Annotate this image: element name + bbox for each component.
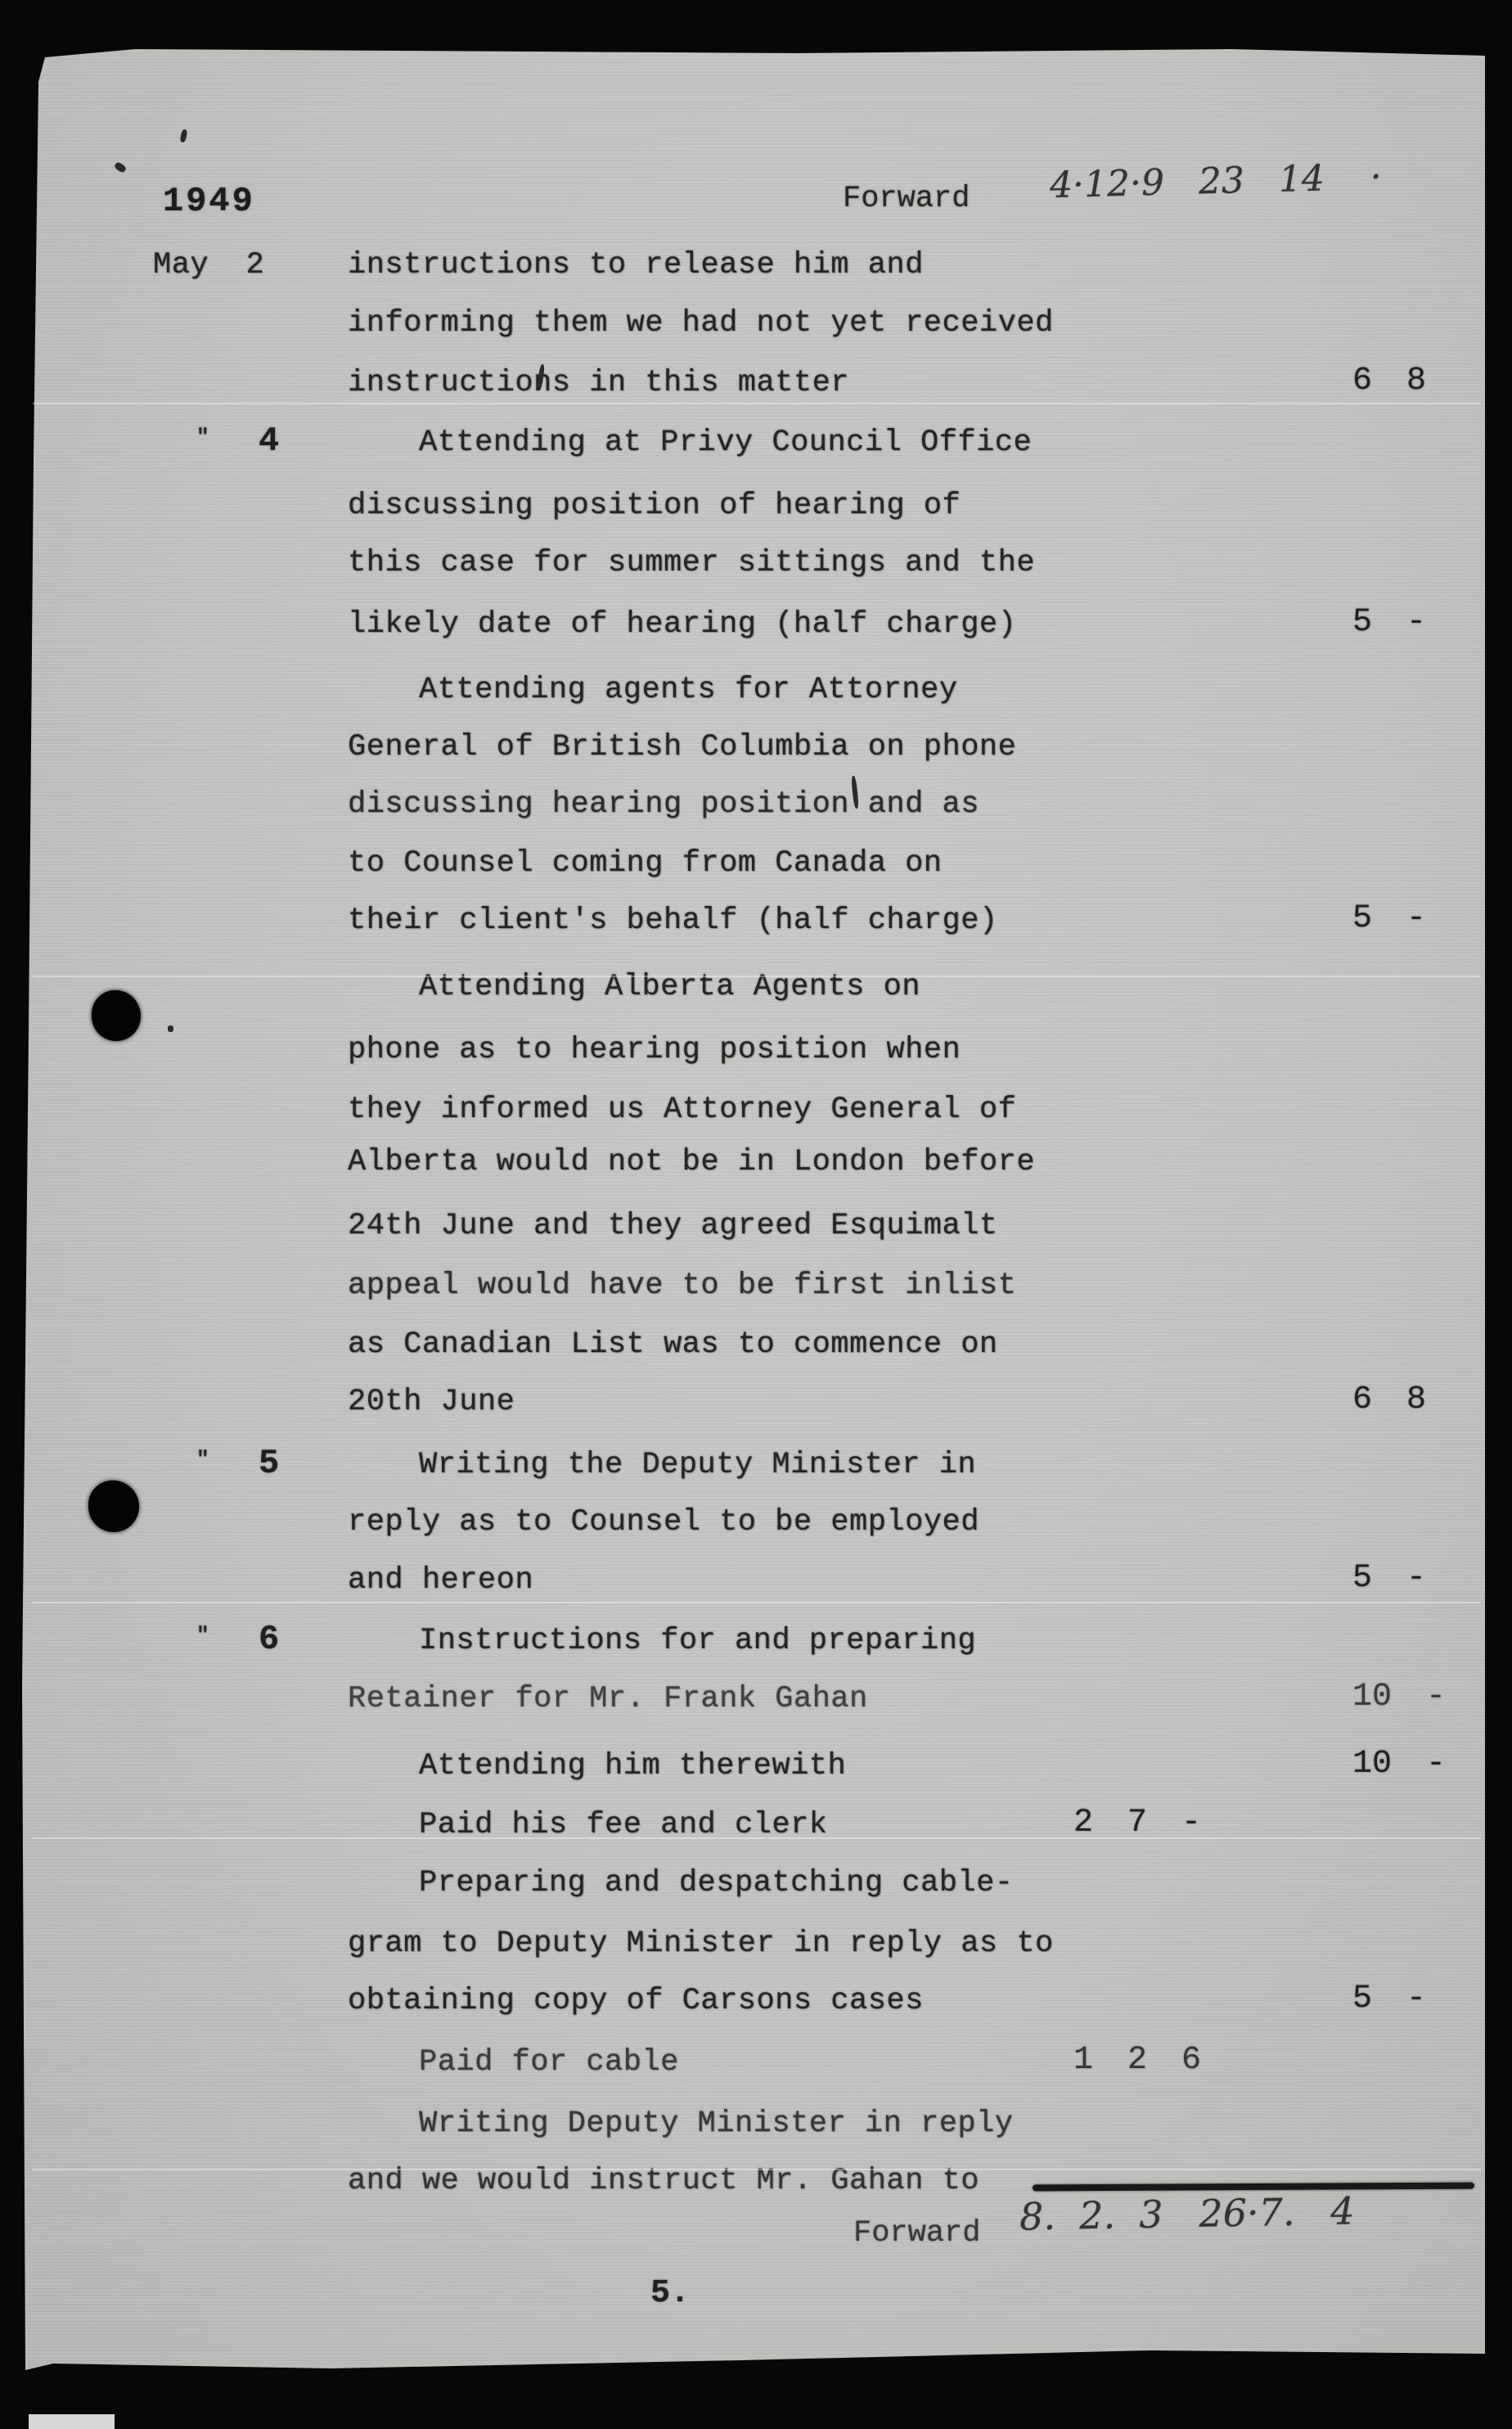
- punch-hole: [88, 1480, 139, 1532]
- scanned-ledger-page: 1949 Forward 4·12·9 23 14 · May 2instruc…: [0, 0, 1512, 2429]
- entry-text: gram to Deputy Minister in reply as to: [348, 1929, 1054, 1959]
- entry-item-number: 5: [259, 1446, 279, 1480]
- page-number: 5.: [650, 2275, 690, 2312]
- forward-top-label: Forward: [843, 182, 970, 216]
- entry-text: appeal would have to be first inlist: [348, 1271, 1016, 1301]
- entry-text: Paid for cable: [419, 2048, 679, 2078]
- entry-text: General of British Columbia on phone: [348, 732, 1016, 763]
- entry-text: they informed us Attorney General of: [348, 1095, 1016, 1125]
- entry-text: to Counsel coming from Canada on: [348, 849, 943, 879]
- entry-text: this case for summer sittings and the: [348, 548, 1035, 579]
- faint-rule-line: [33, 1602, 1481, 1603]
- faint-rule-line: [33, 976, 1481, 977]
- amount-right-column: 5 -: [1352, 1983, 1426, 2016]
- entry-text: Preparing and despatching cable-: [419, 1868, 1014, 1899]
- entry-item-number: 6: [259, 1622, 279, 1656]
- amount-right-column: 6 8: [1352, 1384, 1426, 1417]
- forward-top-amount-handwritten: 4·12·9 23 14 ·: [1049, 156, 1382, 207]
- entry-text: phone as to hearing position when: [348, 1035, 961, 1066]
- amount-right-column: 5 -: [1352, 1562, 1426, 1595]
- ink-speck: [168, 1025, 173, 1032]
- entry-text: and we would instruct Mr. Gahan to: [348, 2166, 979, 2197]
- entry-text: likely date of hearing (half charge): [348, 610, 1016, 640]
- ditto-mark: ": [196, 1625, 209, 1646]
- amount-right-column: 5 -: [1352, 903, 1426, 935]
- entry-text: Alberta would not be in London before: [348, 1147, 1035, 1178]
- entry-text: discussing hearing position and as: [348, 790, 979, 820]
- ditto-mark: ": [196, 426, 209, 448]
- faint-rule-line: [33, 403, 1481, 404]
- amount-mid-column: 1 2 6: [1073, 2044, 1201, 2077]
- entry-text: instructions in this matter: [348, 368, 849, 399]
- entry-text: informing them we had not yet received: [348, 309, 1054, 339]
- entry-text: discussing position of hearing of: [348, 491, 961, 521]
- entry-text: Writing the Deputy Minister in: [419, 1450, 976, 1480]
- ditto-mark: ": [196, 1449, 209, 1470]
- faint-rule-line: [33, 1837, 1481, 1839]
- amount-right-column: 6 8: [1352, 365, 1426, 398]
- entry-text: Attending agents for Attorney: [419, 675, 957, 705]
- forward-bottom-label: Forward: [853, 2216, 980, 2251]
- entry-text: obtaining copy of Carsons cases: [348, 1986, 924, 2017]
- entry-text: Retainer for Mr. Frank Gahan: [348, 1684, 868, 1715]
- entry-text: reply as to Counsel to be employed: [348, 1507, 979, 1538]
- entry-date: May 2: [153, 250, 264, 281]
- entry-text: their client's behalf (half charge): [348, 906, 998, 936]
- entry-text: Attending at Privy Council Office: [419, 428, 1032, 458]
- entry-item-number: 4: [259, 424, 279, 458]
- forward-bottom-amount-handwritten: 8. 2. 3 26·7. 4: [1019, 2188, 1355, 2238]
- entry-text: Attending him therewith: [419, 1751, 846, 1782]
- year-label: 1949: [163, 182, 255, 221]
- scan-edge-tab: [29, 2414, 115, 2429]
- punch-hole: [92, 990, 141, 1041]
- entry-text: and hereon: [348, 1566, 533, 1596]
- entry-text: 24th June and they agreed Esquimalt: [348, 1211, 998, 1242]
- entry-text: Writing Deputy Minister in reply: [419, 2109, 1014, 2139]
- entry-text: as Canadian List was to commence on: [348, 1330, 998, 1360]
- amount-right-column: 10 -: [1352, 1681, 1446, 1714]
- entry-text: 20th June: [348, 1387, 515, 1417]
- amount-right-column: 5 -: [1352, 606, 1426, 639]
- faint-rule-line: [33, 2169, 1481, 2170]
- amount-mid-column: 2 7 -: [1073, 1807, 1201, 1840]
- amount-right-column: 10 -: [1352, 1748, 1446, 1781]
- entry-text: Paid his fee and clerk: [419, 1810, 827, 1841]
- entry-text: instructions to release him and: [348, 250, 924, 281]
- entry-text: Instructions for and preparing: [419, 1626, 976, 1656]
